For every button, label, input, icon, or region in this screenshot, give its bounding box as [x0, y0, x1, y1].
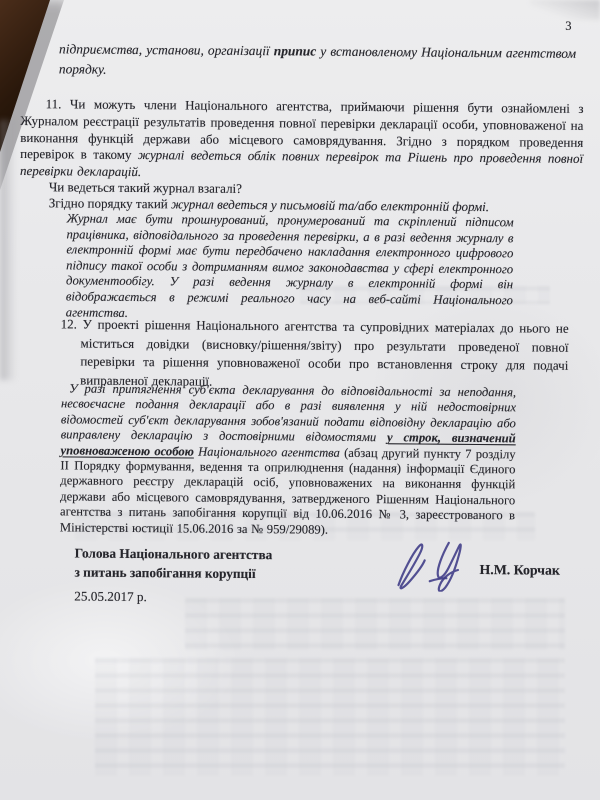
continuation-paragraph: підприємства, установи, організації прип…: [59, 39, 576, 84]
signature-scribble: [383, 539, 488, 592]
item-11-quote-block: Журнал має бути прошнурований, пронумеро…: [66, 211, 514, 324]
item-12-quote-mid: Національного агентства: [194, 444, 344, 459]
continuation-bold-word: припис: [274, 43, 317, 58]
signatory-title-line1: Голова Національного агентства: [75, 544, 375, 565]
item-12-number: 12.: [61, 316, 77, 331]
item-11-paragraph: 11. Чи можуть члени Національного агентс…: [20, 96, 584, 185]
item-11-answer-italic: журнал ведеться у письмовій та/або елект…: [171, 196, 489, 214]
continuation-text: підприємства, установи, організації: [59, 41, 274, 58]
photo-of-document: 3 підприємства, установи, організації пр…: [0, 0, 600, 800]
signatory-title: Голова Національного агентства з питань …: [74, 544, 374, 584]
document-date: 25.05.2017 р.: [74, 588, 214, 605]
signatory-name: Н.М. Корчак: [479, 562, 589, 579]
item-12-body: У проекті рішення Національного агентств…: [77, 317, 569, 389]
page-number: 3: [565, 19, 571, 34]
signatory-title-line2: з питань запобігання корупції: [74, 563, 374, 584]
document-content: 3 підприємства, установи, організації пр…: [0, 0, 600, 800]
item-12-quote-block: У разі притягнення суб'єкта декларування…: [60, 381, 516, 539]
item-11-answer-lead: Згідно порядку такий: [49, 195, 171, 211]
